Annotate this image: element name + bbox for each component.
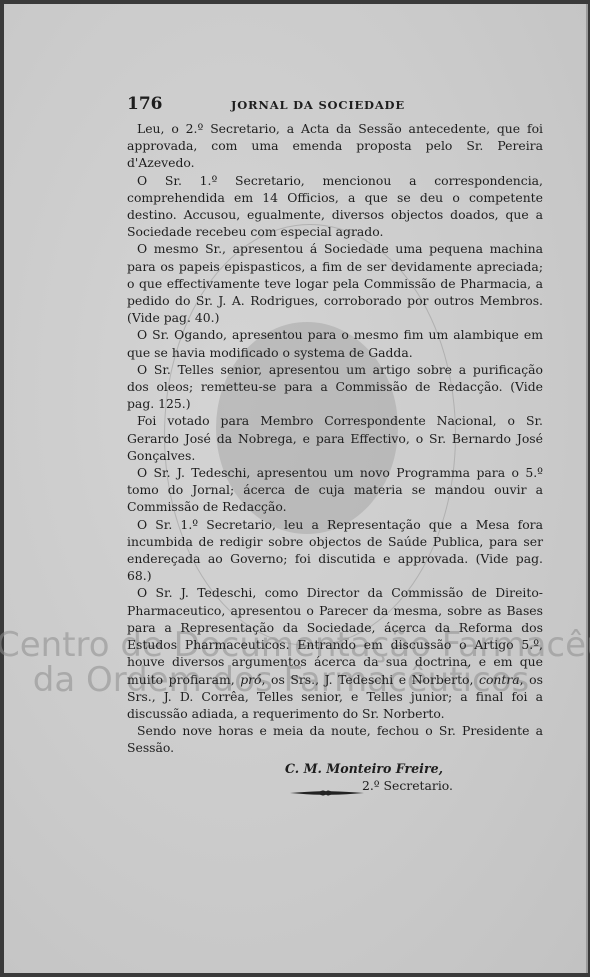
signature-block: C. M. Monteiro Freire, 2.º Secretario. [127, 760, 543, 794]
paragraph: O Sr. Ogando, apresentou para o mesmo fi… [127, 326, 543, 360]
italic-contra: contra [479, 672, 520, 687]
paragraph: O Sr. Telles senior, apresentou um artig… [127, 361, 543, 413]
paragraph: Foi votado para Membro Correspondente Na… [127, 412, 543, 464]
paragraph: O Sr. 1.º Secretario, leu a Representaçã… [127, 516, 543, 585]
signature-name: C. M. Monteiro Freire, [127, 760, 443, 777]
page-header: 176 JORNAL DA SOCIEDADE [127, 96, 543, 118]
paragraph: O mesmo Sr., apresentou á Sociedade uma … [127, 240, 543, 326]
running-head: JORNAL DA SOCIEDADE [231, 97, 405, 114]
ornament-rule-icon [290, 790, 364, 796]
paragraph: O Sr. J. Tedeschi, apresentou um novo Pr… [127, 464, 543, 516]
paragraph-direito-pharmaceutico: O Sr. J. Tedeschi, como Director da Comm… [127, 584, 543, 722]
paragraph: Leu, o 2.º Secretario, a Acta da Sessão … [127, 120, 543, 172]
italic-pro: pró [240, 672, 261, 687]
paragraph: O Sr. 1.º Secretario, mencionou a corres… [127, 172, 543, 241]
page-number: 176 [127, 96, 231, 113]
text-run: , os Srs., J. Tedeschi e Norberto, [262, 672, 479, 687]
page-content: 176 JORNAL DA SOCIEDADE Leu, o 2.º Secre… [127, 96, 543, 794]
closing-paragraph: Sendo nove horas e meia da noute, fechou… [127, 722, 543, 756]
